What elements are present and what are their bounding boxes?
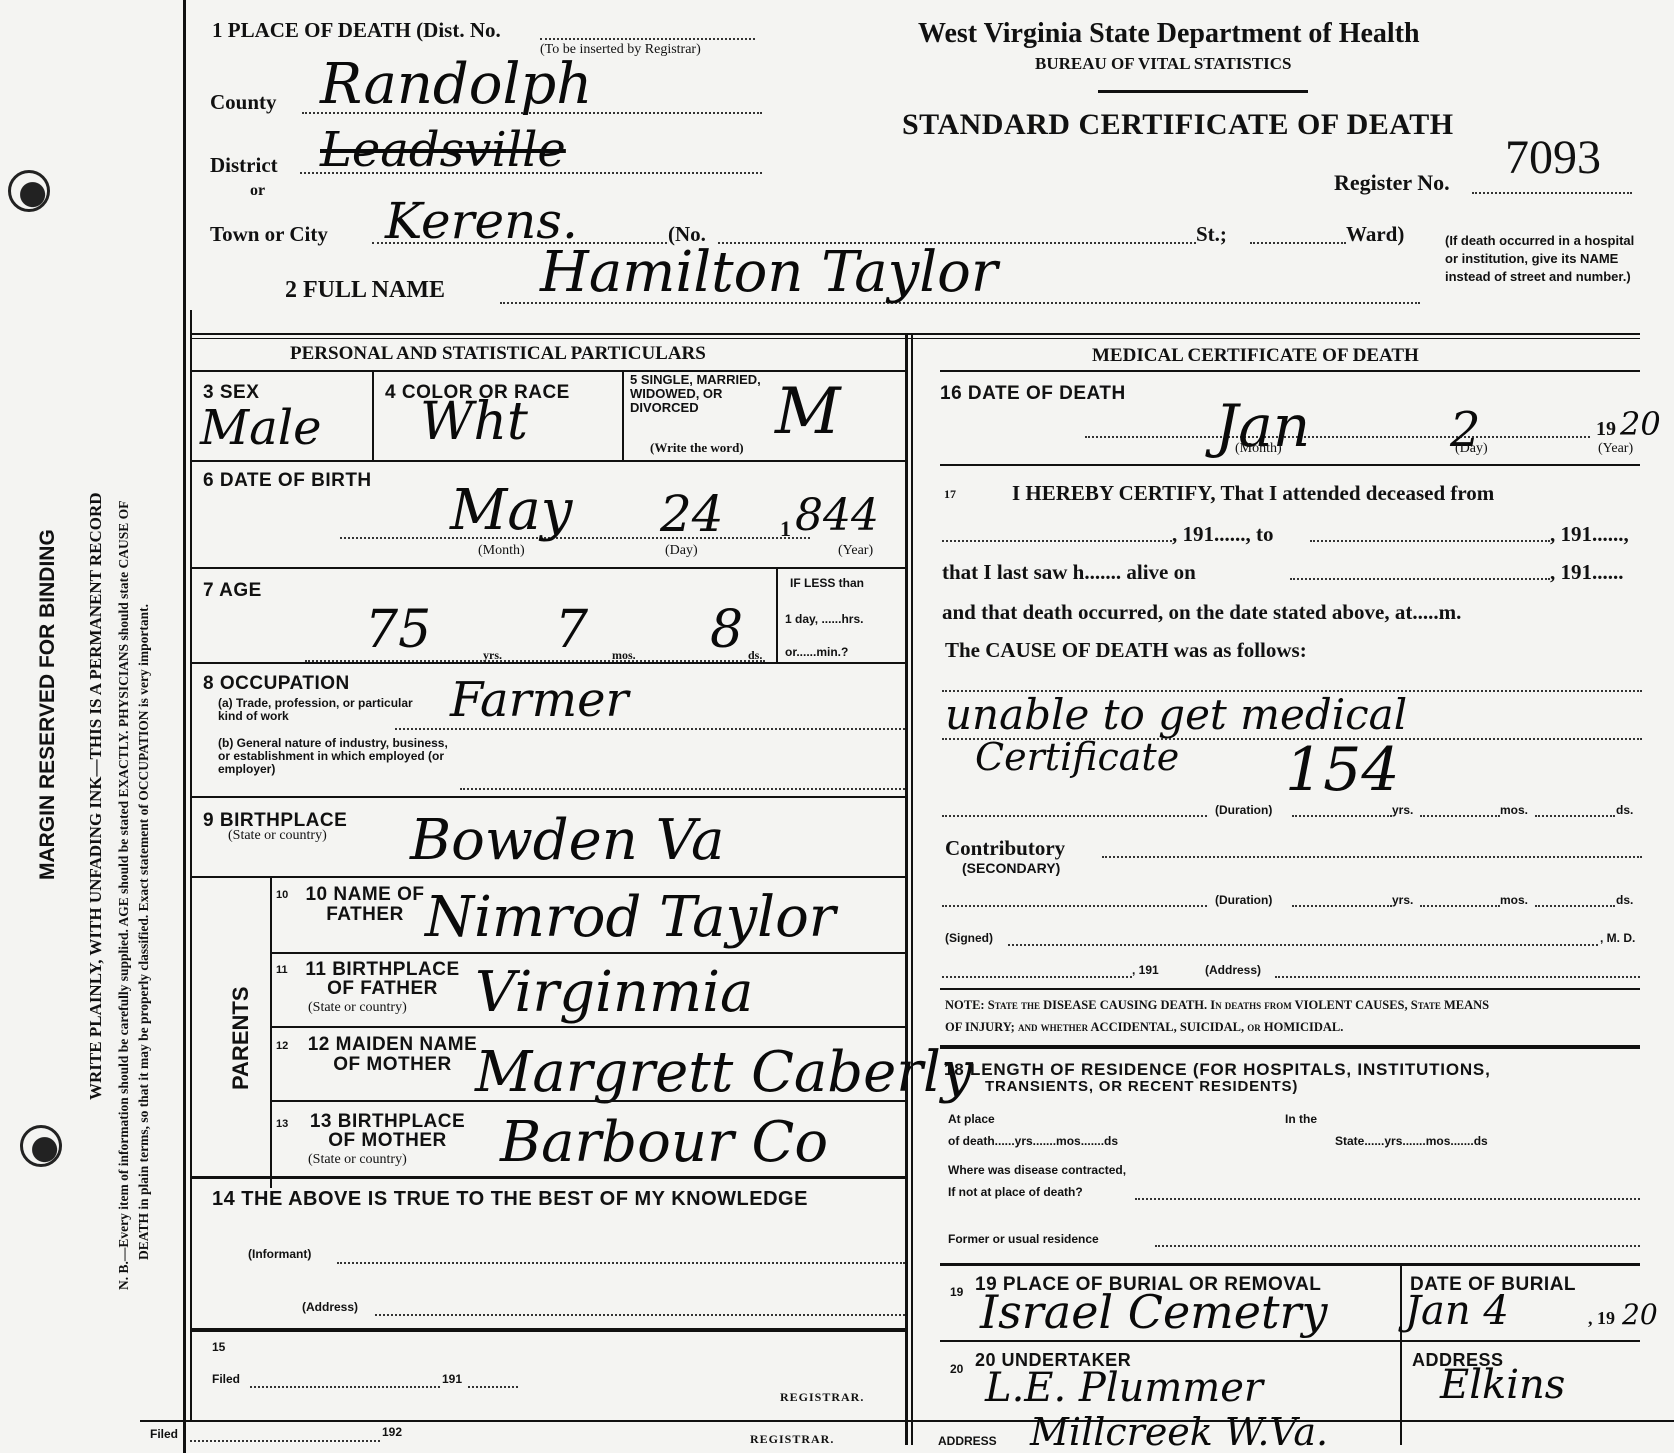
seal-icon (20, 1125, 62, 1167)
secondary-label: (SECONDARY) (962, 860, 1060, 876)
mother-birthplace-label: 13 BIRTHPLACE OF MOTHER (300, 1112, 475, 1150)
dob-month[interactable]: May (450, 478, 572, 543)
state-label: State......yrs.......mos.......ds (1335, 1134, 1488, 1148)
permanent-record-text: WRITE PLAINLY, WITH UNFADING INK—THIS IS… (86, 492, 106, 1100)
age-months-unit: mos. (612, 648, 636, 663)
md-label: , M. D. (1600, 931, 1635, 945)
if-not-label: If not at place of death? (948, 1185, 1083, 1199)
occupation-a-label: (a) Trade, profession, or particular kin… (218, 697, 428, 723)
one-day-label: 1 day, ......hrs. (785, 612, 863, 626)
burial-year[interactable]: 20 (1622, 1298, 1658, 1331)
of-death-label: of death......yrs.......mos.......ds (948, 1134, 1118, 1148)
department-title: West Virginia State Department of Health (918, 18, 1420, 50)
dob-year[interactable]: 844 (795, 490, 879, 541)
medical-section-title: MEDICAL CERTIFICATE OF DEATH (1092, 345, 1419, 367)
mother-birthplace-value[interactable]: Barbour Co (500, 1110, 828, 1175)
certify-line-2b: , 191......, (1550, 522, 1629, 547)
district-value[interactable]: Leadsville (320, 122, 566, 178)
certify-line-2a: , 191......, to (1172, 522, 1274, 547)
filed-number: 15 (212, 1340, 225, 1354)
note-line-1: NOTE: State the DISEASE CAUSING DEATH. I… (945, 998, 1489, 1013)
age-label: 7 AGE (203, 580, 262, 602)
certify-number: 17 (944, 487, 956, 502)
mother-birthplace-hint: (State or country) (308, 1152, 407, 1168)
age-days-unit: ds. (748, 648, 762, 663)
dob-year-hint: (Year) (838, 543, 873, 559)
parents-label: PARENTS (228, 987, 254, 1091)
race-value[interactable]: Wht (420, 392, 528, 452)
dod-year-prefix: 19 (1596, 418, 1616, 441)
bureau-title: BUREAU OF VITAL STATISTICS (1035, 54, 1292, 74)
father-birthplace-label: 11 BIRTHPLACE OF FATHER (295, 960, 470, 998)
dod-year-hint: (Year) (1598, 441, 1633, 457)
footer-address-label: ADDRESS (938, 1434, 997, 1448)
dod-month-hint: (Month) (1235, 441, 1282, 457)
signed-year: , 191 (1132, 963, 1159, 977)
district-label: District (210, 153, 278, 178)
dob-day[interactable]: 24 (660, 485, 724, 543)
occupation-label: 8 OCCUPATION (203, 673, 350, 695)
full-name-value[interactable]: Hamilton Taylor (540, 240, 998, 305)
physician-address-label: (Address) (1205, 963, 1261, 977)
or-label: or (250, 182, 265, 200)
filed-year: 191 (442, 1372, 462, 1386)
if-less-label: IF LESS than (790, 576, 864, 590)
town-label: Town or City (210, 222, 328, 247)
full-name-label: 2 FULL NAME (285, 277, 445, 304)
register-number: 7093 (1505, 130, 1601, 185)
residence-label-2: TRANSIENTS, OR RECENT RESIDENTS) (985, 1078, 1298, 1095)
marital-label: 5 SINGLE, MARRIED, WIDOWED, OR DIVORCED (630, 373, 780, 415)
undertaker-value[interactable]: L.E. Plummer (985, 1365, 1263, 1411)
cause-duration[interactable]: 154 (1285, 735, 1400, 805)
signed-label: (Signed) (945, 931, 993, 945)
cause-line-1[interactable]: unable to get medical (945, 690, 1407, 739)
filed-label: Filed (212, 1372, 240, 1386)
mother-name-value[interactable]: Margrett Caberly (475, 1040, 973, 1105)
dod-label: 16 DATE OF DEATH (940, 383, 1126, 405)
cause-line-2[interactable]: Certificate (975, 735, 1179, 779)
informant-address-label: (Address) (302, 1300, 358, 1314)
dod-day-hint: (Day) (1455, 441, 1488, 457)
binding-margin-text: MARGIN RESERVED FOR BINDING (36, 529, 60, 880)
certify-line-3a: that I last saw h....... alive on (942, 560, 1196, 585)
dob-label: 6 DATE OF BIRTH (203, 470, 372, 492)
registrar-label: REGISTRAR. (780, 1390, 864, 1405)
certificate-title: STANDARD CERTIFICATE OF DEATH (902, 108, 1454, 142)
sex-value[interactable]: Male (200, 400, 322, 456)
contributory-mos: mos. (1500, 893, 1528, 907)
father-birthplace-value[interactable]: Virginmia (475, 960, 753, 1025)
occupation-b-label: (b) General nature of industry, business… (218, 737, 463, 776)
personal-section-title: PERSONAL AND STATISTICAL PARTICULARS (290, 343, 706, 365)
father-birthplace-hint: (State or country) (308, 1000, 407, 1016)
age-years-unit: yrs. (483, 648, 502, 663)
age-days[interactable]: 8 (710, 600, 743, 660)
duration-ds: ds. (1616, 803, 1633, 817)
dob-month-hint: (Month) (478, 543, 525, 559)
place-of-death-label: 1 PLACE OF DEATH (Dist. No. (212, 18, 501, 43)
cause-label: The CAUSE OF DEATH was as follows: (945, 638, 1307, 663)
knowledge-label: 14 THE ABOVE IS TRUE TO THE BEST OF MY K… (212, 1188, 808, 1211)
contributory-ds: ds. (1616, 893, 1633, 907)
undertaker-address-value[interactable]: Elkins (1440, 1362, 1565, 1408)
burial-year-prefix: , 19 (1588, 1308, 1615, 1329)
note-line-2: OF INJURY; and whether ACCIDENTAL, SUICI… (945, 1020, 1343, 1035)
or-min-label: or......min.? (785, 645, 848, 659)
marital-hint: (Write the word) (650, 440, 744, 456)
dob-year-prefix: 1 (780, 516, 791, 542)
burial-date-value[interactable]: Jan 4 (1405, 1288, 1509, 1334)
in-the-label: In the (1285, 1112, 1317, 1126)
birthplace-value[interactable]: Bowden Va (410, 808, 724, 873)
street-label: St.; (1196, 222, 1227, 247)
at-place-label: At place (948, 1112, 995, 1126)
ward-label: Ward) (1346, 222, 1404, 247)
contributory-yrs: yrs. (1392, 893, 1413, 907)
contributory-duration-label: (Duration) (1215, 893, 1272, 907)
father-name-label: 10 NAME OF FATHER (300, 885, 430, 925)
certify-line-3b: , 191...... (1550, 560, 1624, 585)
father-name-value[interactable]: Nimrod Taylor (425, 885, 836, 950)
duration-label: (Duration) (1215, 803, 1272, 817)
dod-year[interactable]: 20 (1620, 405, 1661, 443)
footer-year-label: 192 (382, 1425, 402, 1439)
hospital-note: (If death occurred in a hospital or inst… (1445, 232, 1645, 286)
age-months[interactable]: 7 (555, 600, 588, 660)
footer-filed-label: Filed (150, 1427, 178, 1441)
mother-name-label: 12 MAIDEN NAME OF MOTHER (300, 1035, 485, 1075)
where-contracted-label: Where was disease contracted, (948, 1163, 1126, 1177)
burial-place-value[interactable]: Israel Cemetry (980, 1285, 1327, 1339)
county-value[interactable]: Randolph (320, 52, 592, 117)
age-years[interactable]: 75 (365, 600, 431, 660)
certify-line-4: and that death occurred, on the date sta… (942, 600, 1461, 625)
seal-icon (8, 170, 50, 212)
county-label: County (210, 90, 277, 115)
dob-day-hint: (Day) (665, 543, 698, 559)
occupation-value[interactable]: Farmer (450, 672, 628, 728)
former-residence-label: Former or usual residence (948, 1232, 1099, 1246)
birthplace-hint: (State or country) (228, 828, 327, 844)
residence-label: 18 LENGTH OF RESIDENCE (FOR HOSPITALS, I… (944, 1060, 1491, 1080)
marital-value[interactable]: M (775, 375, 841, 449)
informant-label: (Informant) (248, 1247, 311, 1261)
certify-line-1: I HEREBY CERTIFY, That I attended deceas… (1012, 481, 1494, 506)
duration-yrs: yrs. (1392, 803, 1413, 817)
footer-registrar-label: REGISTRAR. (750, 1432, 834, 1447)
duration-mos: mos. (1500, 803, 1528, 817)
footer-address-value[interactable]: Millcreek W.Va. (1030, 1410, 1328, 1453)
instructions-line-1: N. B.—Every item of information should b… (116, 501, 132, 1290)
contributory-label: Contributory (945, 836, 1065, 861)
instructions-line-2: DEATH in plain terms, so that it may be … (136, 604, 152, 1260)
register-label: Register No. (1334, 170, 1450, 196)
